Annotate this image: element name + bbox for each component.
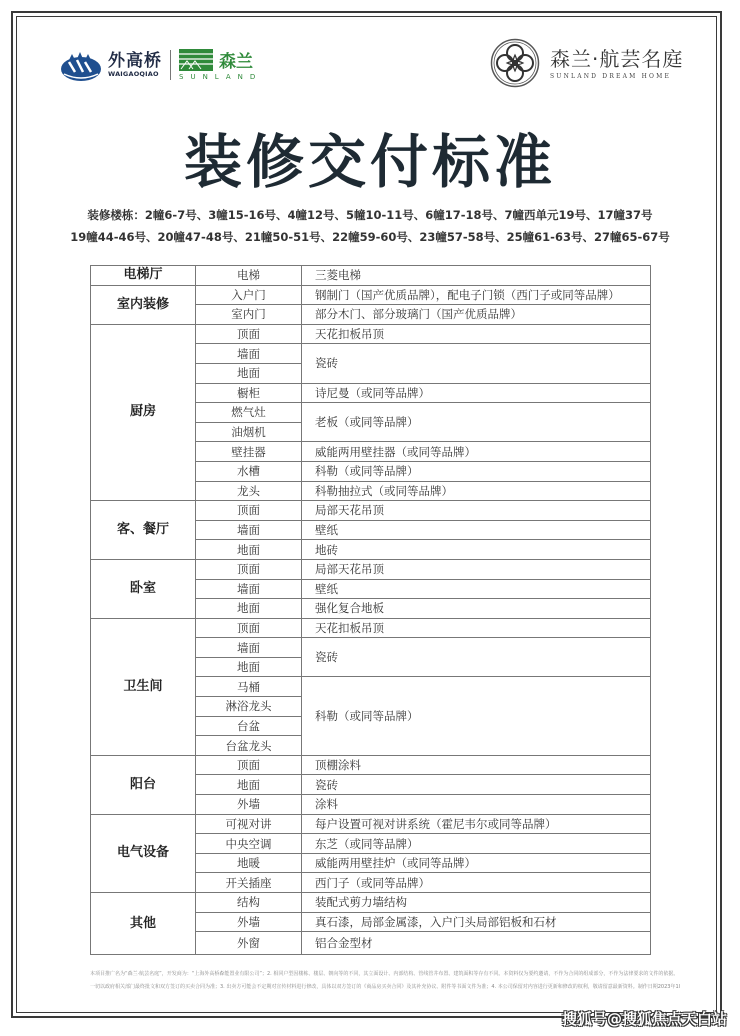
item-cell: 橱柜 xyxy=(196,383,302,403)
building-list-line-1: 装修楼栋：2幢6-7号、3幢15-16号、4幢12号、5幢10-11号、6幢17… xyxy=(0,207,740,223)
item-cell: 外墙 xyxy=(196,795,302,815)
item-cell: 地面 xyxy=(196,363,302,383)
spec-cell: 瓷砖 xyxy=(302,344,651,383)
spec-cell: 强化复合地板 xyxy=(302,599,651,619)
table-row: 卫生间 顶面 天花扣板吊顶 xyxy=(91,618,651,638)
disclaimer-line-2: 一切以政府相关部门最终批文和双方签订的买卖合同为准；3. 出卖方可能会不定期对宣… xyxy=(90,983,680,991)
item-cell: 入户门 xyxy=(196,285,302,305)
sunland-name-cn: 森兰 xyxy=(219,53,253,71)
category-cell: 卧室 xyxy=(91,559,196,618)
item-cell: 地面 xyxy=(196,599,302,619)
spec-cell: 瓷砖 xyxy=(302,775,651,795)
table-row: 厨房 顶面 天花扣板吊顶 xyxy=(91,324,651,344)
spec-cell: 天花扣板吊顶 xyxy=(302,618,651,638)
spec-cell: 真石漆，局部金属漆，入户门头局部铝板和石材 xyxy=(302,912,651,932)
delivery-standard-table: 电梯厅 电梯 三菱电梯 室内装修 入户门 钢制门（国产优质品牌），配电子门锁（西… xyxy=(90,265,651,955)
spec-cell: 威能两用壁挂炉（或同等品牌） xyxy=(302,853,651,873)
item-cell: 地面 xyxy=(196,775,302,795)
item-cell: 马桶 xyxy=(196,677,302,697)
table-row: 客、餐厅 顶面 局部天花吊顶 xyxy=(91,501,651,521)
spec-cell: 诗尼曼（或同等品牌） xyxy=(302,383,651,403)
project-logo: 森兰·航芸名庭 SUNLAND DREAM HOME xyxy=(490,38,683,88)
waigaoqiao-logo-icon xyxy=(60,48,102,82)
item-cell: 台盆龙头 xyxy=(196,736,302,756)
item-cell: 顶面 xyxy=(196,618,302,638)
item-cell: 地面 xyxy=(196,657,302,677)
item-cell: 龙头 xyxy=(196,481,302,501)
spec-cell: 局部天花吊顶 xyxy=(302,501,651,521)
table-row: 卧室 顶面 局部天花吊顶 xyxy=(91,559,651,579)
spec-cell: 地砖 xyxy=(302,540,651,560)
item-cell: 墙面 xyxy=(196,579,302,599)
item-cell: 台盆 xyxy=(196,716,302,736)
spec-cell: 东芝（或同等品牌） xyxy=(302,834,651,854)
item-cell: 结构 xyxy=(196,893,302,913)
item-cell: 地暖 xyxy=(196,853,302,873)
spec-cell: 壁纸 xyxy=(302,520,651,540)
spec-cell: 天花扣板吊顶 xyxy=(302,324,651,344)
category-cell: 电气设备 xyxy=(91,814,196,892)
item-cell: 墙面 xyxy=(196,638,302,658)
table-row: 阳台 顶面 顶棚涂料 xyxy=(91,755,651,775)
sunland-logo-icon xyxy=(179,49,213,71)
item-cell: 墙面 xyxy=(196,344,302,364)
item-cell: 室内门 xyxy=(196,305,302,325)
spec-cell: 涂料 xyxy=(302,795,651,815)
flower-medallion-icon xyxy=(490,38,540,88)
table-row: 室内装修 入户门 钢制门（国产优质品牌），配电子门锁（西门子或同等品牌） xyxy=(91,285,651,305)
spec-cell: 西门子（或同等品牌） xyxy=(302,873,651,893)
table-row: 其他 结构 装配式剪力墙结构 xyxy=(91,893,651,913)
category-cell: 室内装修 xyxy=(91,285,196,324)
spec-cell: 瓷砖 xyxy=(302,638,651,677)
developer-logos: 外高桥 WAIGAOQIAO 森兰 SUNLAND xyxy=(60,47,262,83)
item-cell: 开关插座 xyxy=(196,873,302,893)
item-cell: 顶面 xyxy=(196,755,302,775)
item-cell: 中央空调 xyxy=(196,834,302,854)
spec-cell: 部分木门、部分玻璃门（国产优质品牌） xyxy=(302,305,651,325)
item-cell: 水槽 xyxy=(196,461,302,481)
spec-cell: 老板（或同等品牌） xyxy=(302,403,651,442)
spec-cell: 顶棚涂料 xyxy=(302,755,651,775)
item-cell: 外墙 xyxy=(196,912,302,932)
project-name-en: SUNLAND DREAM HOME xyxy=(550,73,683,80)
item-cell: 燃气灶 xyxy=(196,403,302,423)
spec-cell: 科勒（或同等品牌） xyxy=(302,461,651,481)
sunland-name-en: SUNLAND xyxy=(179,73,262,81)
page-title: 装修交付标准 xyxy=(0,126,740,198)
project-name-cn: 森兰·航芸名庭 xyxy=(550,47,683,71)
source-watermark: 搜狐号@搜狐焦点天白站 xyxy=(562,1008,727,1029)
disclaimer-line-1: 本项目推广名为“森兰·航芸名庭”，开发商为：“上海外高桥森能置业有限公司”；2.… xyxy=(90,970,680,978)
spec-cell: 铝合金型材 xyxy=(302,932,651,955)
item-cell: 顶面 xyxy=(196,501,302,521)
logo-divider xyxy=(170,50,171,80)
spec-cell: 局部天花吊顶 xyxy=(302,559,651,579)
spec-cell: 每户设置可视对讲系统（霍尼韦尔或同等品牌） xyxy=(302,814,651,834)
category-cell: 电梯厅 xyxy=(91,266,196,286)
spec-cell: 科勒抽拉式（或同等品牌） xyxy=(302,481,651,501)
category-cell: 卫生间 xyxy=(91,618,196,755)
spec-cell: 壁纸 xyxy=(302,579,651,599)
building-list-line-2: 19幢44-46号、20幢47-48号、21幢50-51号、22幢59-60号、… xyxy=(0,229,740,245)
spec-cell: 威能两用壁挂器（或同等品牌） xyxy=(302,442,651,462)
table-row: 电气设备 可视对讲 每户设置可视对讲系统（霍尼韦尔或同等品牌） xyxy=(91,814,651,834)
category-cell: 厨房 xyxy=(91,324,196,500)
category-cell: 其他 xyxy=(91,893,196,955)
spec-cell: 科勒（或同等品牌） xyxy=(302,677,651,755)
waigaoqiao-name-cn: 外高桥 xyxy=(108,52,162,70)
category-cell: 阳台 xyxy=(91,755,196,814)
spec-cell: 钢制门（国产优质品牌），配电子门锁（西门子或同等品牌） xyxy=(302,285,651,305)
item-cell: 电梯 xyxy=(196,266,302,286)
category-cell: 客、餐厅 xyxy=(91,501,196,560)
item-cell: 淋浴龙头 xyxy=(196,697,302,717)
item-cell: 壁挂器 xyxy=(196,442,302,462)
item-cell: 顶面 xyxy=(196,559,302,579)
item-cell: 顶面 xyxy=(196,324,302,344)
item-cell: 墙面 xyxy=(196,520,302,540)
item-cell: 外窗 xyxy=(196,932,302,955)
waigaoqiao-name-en: WAIGAOQIAO xyxy=(108,70,162,78)
item-cell: 油烟机 xyxy=(196,422,302,442)
item-cell: 可视对讲 xyxy=(196,814,302,834)
item-cell: 地面 xyxy=(196,540,302,560)
table-row: 电梯厅 电梯 三菱电梯 xyxy=(91,266,651,286)
spec-cell: 三菱电梯 xyxy=(302,266,651,286)
spec-cell: 装配式剪力墙结构 xyxy=(302,893,651,913)
